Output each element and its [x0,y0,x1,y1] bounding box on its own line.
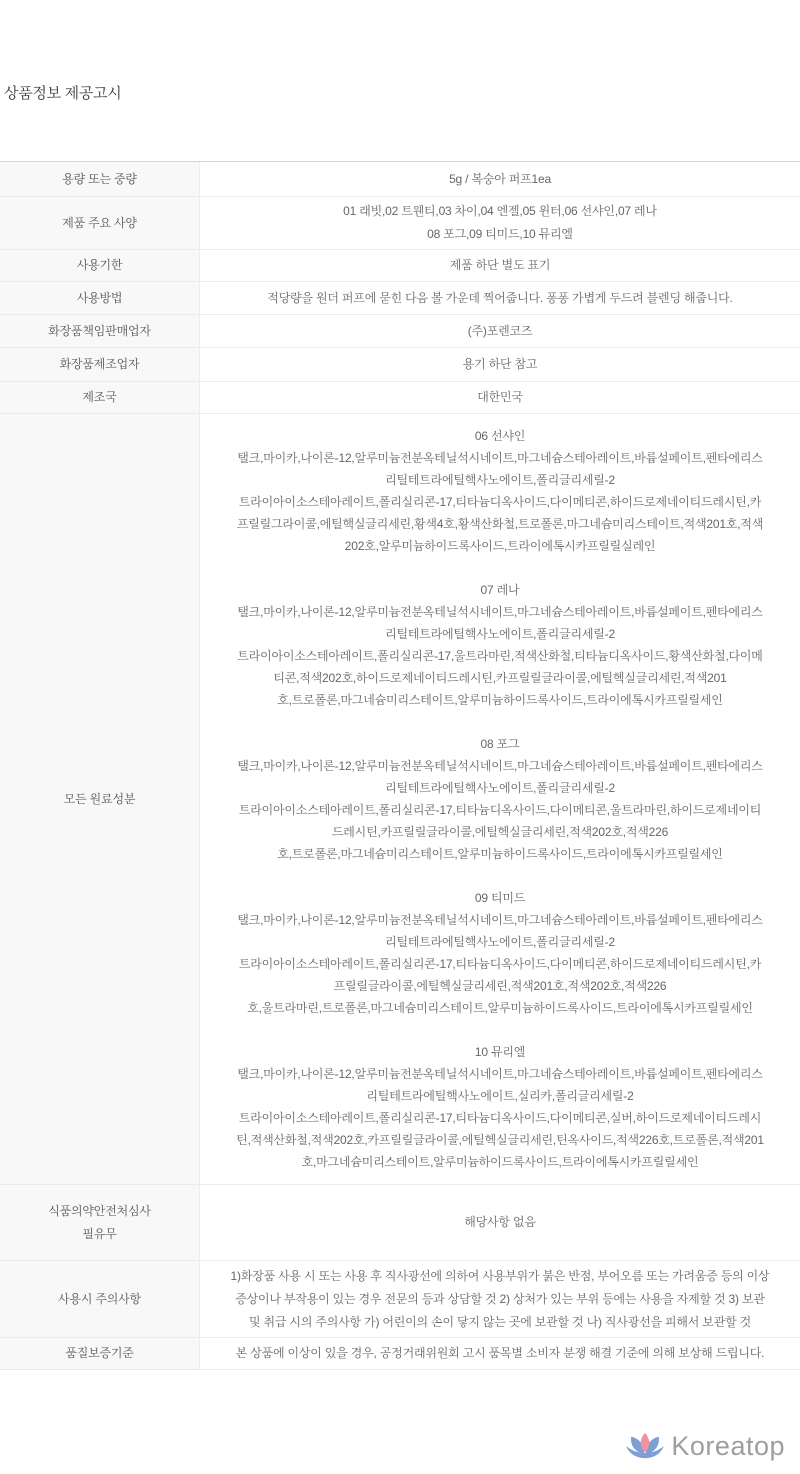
row-value-line: 해당사항 없음 [464,1211,536,1234]
table-row: 식품의약안전처심사필유무해당사항 없음 [0,1185,800,1261]
row-label-line: 사용방법 [77,287,123,310]
ingredient-line: 트라이아이소스테아레이트,폴리실리콘-17,티타늄디옥사이드,다이메티콘,하이드… [237,491,763,513]
row-label-line: 화장품책임판매업자 [48,320,151,343]
ingredient-block: 08 포그탤크,마이카,나이론-12,알루미늄전분옥테닐석시네이트,마그네슘스테… [237,733,762,865]
table-row: 사용시 주의사항1)화장품 사용 시 또는 사용 후 직사광선에 의하여 사용부… [0,1261,800,1338]
row-value-line: 증상이나 부작용이 있는 경우 전문의 등과 상담할 것 2) 상처가 있는 부… [235,1288,765,1311]
ingredient-shade-title: 09 티미드 [237,887,762,909]
row-value: 01 래빗,02 트웬티,03 차이,04 엔젤,05 윈터,06 선샤인,07… [200,197,800,249]
row-label: 사용시 주의사항 [0,1261,200,1337]
row-value-line: 01 래빗,02 트웬티,03 차이,04 엔젤,05 윈터,06 선샤인,07… [343,200,657,223]
ingredient-line: 티콘,적색202호,하이드로제네이티드레시틴,카프릴릴글라이콜,에틸헥실글리세린… [237,667,762,689]
ingredient-line: 리틸테트라에틸핵사노에이트,폴리글리세릴-2 [237,469,763,491]
table-row: 용량 또는 중량5g / 복숭아 퍼프1ea [0,162,800,197]
row-label: 화장품제조업자 [0,348,200,381]
row-label-line: 화장품제조업자 [60,353,140,376]
ingredient-block: 07 레나탤크,마이카,나이론-12,알루미늄전분옥테닐석시네이트,마그네슘스테… [237,579,762,711]
ingredient-line: 호,트로폴론,마그네슘미리스테이트,알루미늄하이드록사이드,트라이에톡시카프릴릴… [237,843,762,865]
row-value-line: 5g / 복숭아 퍼프1ea [449,168,551,191]
row-value-line: 08 포그,09 티미드,10 뮤리엘 [427,223,573,246]
ingredient-block: 09 티미드탤크,마이카,나이론-12,알루미늄전분옥테닐석시네이트,마그네슘스… [237,887,762,1019]
row-value: 용기 하단 참고 [200,348,800,381]
row-value-line: 적당량을 원더 퍼프에 묻힌 다음 볼 가운데 찍어줍니다. 퐁퐁 가볍게 두드… [267,287,732,310]
row-value-line: 1)화장품 사용 시 또는 사용 후 직사광선에 의하여 사용부위가 붉은 반점… [231,1265,770,1288]
row-value: 대한민국 [200,382,800,413]
row-label: 용량 또는 중량 [0,162,200,196]
row-label-line: 식품의약안전처심사 [48,1200,151,1223]
lotus-icon [625,1431,665,1461]
ingredient-shade-title: 08 포그 [237,733,762,755]
ingredient-line: 트라이아이소스테아레이트,폴리실리콘-17,티타늄디옥사이드,다이메티콘,실버,… [236,1107,764,1129]
product-info-table: 용량 또는 중량5g / 복숭아 퍼프1ea제품 주요 사양01 래빗,02 트… [0,161,800,1370]
ingredient-line: 리틸테트라에틸핵사노에이트,폴리글리세릴-2 [237,931,762,953]
ingredient-line: 트라이아이소스테아레이트,폴리실리콘-17,티타늄디옥사이드,다이메티콘,하이드… [237,953,762,975]
row-value-line: 및 취급 시의 주의사항 가) 어린이의 손이 닿지 않는 곳에 보관할 것 나… [249,1311,751,1334]
ingredient-line: 호,트로폴론,마그네슘미리스테이트,알루미늄하이드록사이드,트라이에톡시카프릴릴… [237,689,762,711]
table-row: 제품 주요 사양01 래빗,02 트웬티,03 차이,04 엔젤,05 윈터,0… [0,197,800,250]
ingredient-line: 202호,알루미늄하이드록사이드,트라이에톡시카프릴릴실레인 [237,535,763,557]
ingredient-line: 프릴릴글라이콜,에틸헥실글리세린,적색201호,적색202호,적색226 [237,975,762,997]
ingredient-line: 탤크,마이카,나이론-12,알루미늄전분옥테닐석시네이트,마그네슘스테아레이트,… [237,909,762,931]
ingredient-line: 탤크,마이카,나이론-12,알루미늄전분옥테닐석시네이트,마그네슘스테아레이트,… [237,601,762,623]
ingredient-line: 호,마그네슘미리스테이트,알루미늄하이드록사이드,트라이에톡시카프릴릴세인 [236,1151,764,1173]
ingredient-line: 드레시틴,카프릴릴글라이콜,에틸헥실글리세린,적색202호,적색226 [237,821,762,843]
table-row: 화장품책임판매업자(주)포렌코즈 [0,315,800,348]
row-label-line: 모든 원료성분 [64,788,136,811]
table-row: 사용방법적당량을 원더 퍼프에 묻힌 다음 볼 가운데 찍어줍니다. 퐁퐁 가볍… [0,282,800,315]
ingredient-line: 탤크,마이카,나이론-12,알루미늄전분옥테닐석시네이트,마그네슘스테아레이트,… [237,447,763,469]
row-value: 06 선샤인탤크,마이카,나이론-12,알루미늄전분옥테닐석시네이트,마그네슘스… [200,414,800,1184]
ingredient-line: 리틸테트라에틸핵사노에이트,실리카,폴리글리세릴-2 [236,1085,764,1107]
row-label-line: 제품 주요 사양 [62,212,137,235]
ingredient-shade-title: 10 뮤리엘 [236,1041,764,1063]
koreatop-logo: Koreatop [625,1431,785,1461]
page-title: 상품정보 제공고시 [4,82,800,103]
row-value-line: 본 상품에 이상이 있을 경우, 공정거래위원회 고시 품목별 소비자 분쟁 해… [236,1342,765,1365]
row-label: 화장품책임판매업자 [0,315,200,347]
row-label-line: 용량 또는 중량 [62,168,137,191]
ingredient-line: 리틸테트라에틸핵사노에이트,폴리글리세릴-2 [237,777,762,799]
ingredient-shade-title: 06 선샤인 [237,425,763,447]
row-label: 사용기한 [0,250,200,281]
row-value: 적당량을 원더 퍼프에 묻힌 다음 볼 가운데 찍어줍니다. 퐁퐁 가볍게 두드… [200,282,800,314]
row-value: (주)포렌코즈 [200,315,800,347]
row-label: 제조국 [0,382,200,413]
row-value: 1)화장품 사용 시 또는 사용 후 직사광선에 의하여 사용부위가 붉은 반점… [200,1261,800,1337]
row-label-line: 제조국 [82,386,116,409]
row-label-line: 품질보증기준 [65,1342,133,1365]
row-value: 해당사항 없음 [200,1185,800,1260]
ingredient-block: 10 뮤리엘탤크,마이카,나이론-12,알루미늄전분옥테닐석시네이트,마그네슘스… [236,1041,764,1173]
row-value: 본 상품에 이상이 있을 경우, 공정거래위원회 고시 품목별 소비자 분쟁 해… [200,1338,800,1369]
ingredient-line: 트라이아이소스테아레이트,폴리실리콘-17,티타늄디옥사이드,다이메티콘,울트라… [237,799,762,821]
ingredient-line: 탤크,마이카,나이론-12,알루미늄전분옥테닐석시네이트,마그네슘스테아레이트,… [237,755,762,777]
table-row: 사용기한제품 하단 별도 표기 [0,250,800,282]
ingredient-block: 06 선샤인탤크,마이카,나이론-12,알루미늄전분옥테닐석시네이트,마그네슘스… [237,425,763,557]
row-value-line: 대한민국 [477,386,523,409]
table-row: 제조국대한민국 [0,382,800,414]
ingredient-line: 호,울트라마린,트로폴론,마그네슘미리스테이트,알루미늄하이드록사이드,트라이에… [237,997,762,1019]
row-label-line: 필유무 [82,1223,116,1246]
row-value: 제품 하단 별도 표기 [200,250,800,281]
ingredient-shade-title: 07 레나 [237,579,762,601]
row-label: 식품의약안전처심사필유무 [0,1185,200,1260]
row-value-line: 제품 하단 별도 표기 [450,254,551,277]
table-row: 품질보증기준본 상품에 이상이 있을 경우, 공정거래위원회 고시 품목별 소비… [0,1338,800,1370]
ingredient-line: 프릴릴그라이콜,에틸핵실글리세린,황색4호,황색산화철,트로폴론,마그네슘미리스… [237,513,763,535]
row-value: 5g / 복숭아 퍼프1ea [200,162,800,196]
row-value-line: (주)포렌코즈 [468,320,533,343]
row-label: 모든 원료성분 [0,414,200,1184]
row-label: 제품 주요 사양 [0,197,200,249]
table-row: 화장품제조업자용기 하단 참고 [0,348,800,382]
ingredient-line: 리틸테트라에틸핵사노에이트,폴리글리세릴-2 [237,623,762,645]
row-label: 품질보증기준 [0,1338,200,1369]
ingredient-line: 탤크,마이카,나이론-12,알루미늄전분옥테닐석시네이트,마그네슘스테아레이트,… [236,1063,764,1085]
ingredient-line: 틴,적색산화철,적색202호,카프릴릴글라이콜,에틸헥실글리세린,틴옥사이드,적… [236,1129,764,1151]
logo-text: Koreatop [671,1431,785,1461]
row-value-line: 용기 하단 참고 [463,353,538,376]
row-label: 사용방법 [0,282,200,314]
row-label-line: 사용기한 [77,254,123,277]
row-label-line: 사용시 주의사항 [58,1288,141,1311]
table-row: 모든 원료성분06 선샤인탤크,마이카,나이론-12,알루미늄전분옥테닐석시네이… [0,414,800,1185]
ingredient-line: 트라이아이소스테아레이트,폴리실리콘-17,울트라마린,적색산화철,티타늄디옥사… [237,645,762,667]
